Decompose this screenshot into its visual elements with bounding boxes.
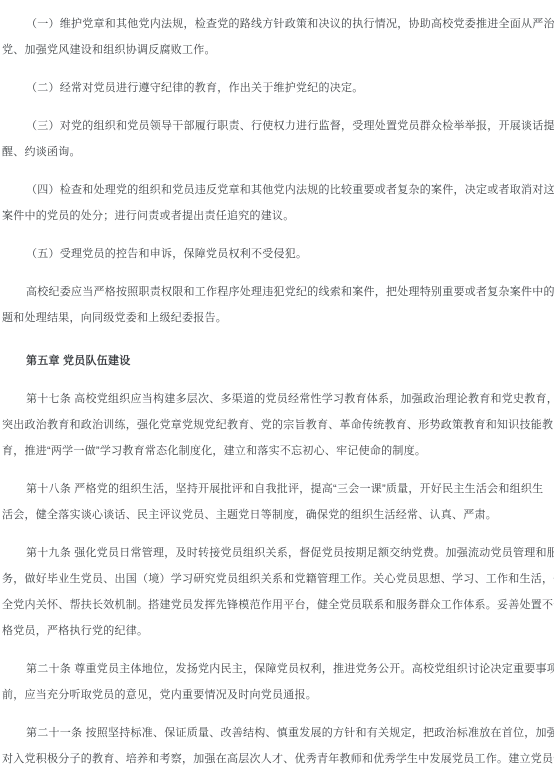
text-line: （三）对党的组织和党员领导干部履行职责、行使权力进行监督，受理处置党员群众检举举… [2, 113, 554, 139]
text-line: 格党员，严格执行党的纪律。 [2, 618, 554, 644]
text-line: 第十八条 严格党的组织生活，坚持开展批评和自我批评，提高“三会一课”质量，开好民… [2, 476, 554, 502]
text-line: 第二十条 尊重党员主体地位，发扬党内民主，保障党员权利，推进党务公开。高校党组织… [2, 656, 554, 682]
chapter-heading: 第五章 党员队伍建设 [2, 343, 554, 374]
text-line: （二）经常对党员进行遵守纪律的教育，作出关于维护党纪的决定。 [2, 75, 554, 101]
paragraph-duty-item-3: （三）对党的组织和党员领导干部履行职责、行使权力进行监督，受理处置党员群众检举举… [2, 113, 554, 165]
paragraph-article-20: 第二十条 尊重党员主体地位，发扬党内民主，保障党员权利，推进党务公开。高校党组织… [2, 656, 554, 708]
paragraph-duty-item-2: （二）经常对党员进行遵守纪律的教育，作出关于维护党纪的决定。 [2, 75, 554, 101]
text-line: 醒、约谈函询。 [2, 139, 554, 165]
paragraph-article-21: 第二十一条 按照坚持标准、保证质量、改善结构、慎重发展的方针和有关规定，把政治标… [2, 720, 554, 772]
text-line: 务，做好毕业生党员、出国（境）学习研究党员组织关系和党籍管理工作。关心党员思想、… [2, 566, 554, 592]
text-line: 全党内关怀、帮扶长效机制。搭建党员发挥先锋模范作用平台，健全党员联系和服务群众工… [2, 592, 554, 618]
document-body: （一）维护党章和其他党内法规，检查党的路线方针政策和决议的执行情况，协助高校党委… [0, 0, 554, 772]
text-line: 前，应当充分听取党员的意见，党内重要情况及时向党员通报。 [2, 682, 554, 708]
text-line: 活会，健全落实谈心谈话、民主评议党员、主题党日等制度，确保党的组织生活经常、认真… [2, 502, 554, 528]
text-line: 党、加强党风建设和组织协调反腐败工作。 [2, 37, 554, 63]
paragraph-discipline-committee: 高校纪委应当严格按照职责权限和工作程序处理违犯党纪的线索和案件，把处理特别重要或… [2, 279, 554, 331]
chapter-heading-text: 第五章 党员队伍建设 [2, 348, 554, 374]
text-line: （五）受理党员的控告和申诉，保障党员权利不受侵犯。 [2, 241, 554, 267]
paragraph-duty-item-1: （一）维护党章和其他党内法规，检查党的路线方针政策和决议的执行情况，协助高校党委… [2, 11, 554, 63]
text-line: 第十七条 高校党组织应当构建多层次、多渠道的党员经常性学习教育体系，加强政治理论… [2, 386, 554, 412]
paragraph-article-18: 第十八条 严格党的组织生活，坚持开展批评和自我批评，提高“三会一课”质量，开好民… [2, 476, 554, 528]
text-line: 对入党积极分子的教育、培养和考察，加强在高层次人才、优秀青年教师和优秀学生中发展… [2, 746, 554, 772]
paragraph-article-19: 第十九条 强化党员日常管理，及时转接党员组织关系，督促党员按期足额交纳党费。加强… [2, 540, 554, 644]
paragraph-duty-item-5: （五）受理党员的控告和申诉，保障党员权利不受侵犯。 [2, 241, 554, 267]
paragraph-duty-item-4: （四）检查和处理党的组织和党员违反党章和其他党内法规的比较重要或者复杂的案件，决… [2, 177, 554, 229]
text-line: （四）检查和处理党的组织和党员违反党章和其他党内法规的比较重要或者复杂的案件，决… [2, 177, 554, 203]
text-line: 题和处理结果，向同级党委和上级纪委报告。 [2, 305, 554, 331]
text-line: 突出政治教育和政治训练，强化党章党规党纪教育、党的宗旨教育、革命传统教育、形势政… [2, 412, 554, 438]
text-line: 第十九条 强化党员日常管理，及时转接党员组织关系，督促党员按期足额交纳党费。加强… [2, 540, 554, 566]
text-line: 第二十一条 按照坚持标准、保证质量、改善结构、慎重发展的方针和有关规定，把政治标… [2, 720, 554, 746]
text-line: 案件中的党员的处分；进行问责或者提出责任追究的建议。 [2, 203, 554, 229]
text-line: 育，推进“两学一做”学习教育常态化制度化，建立和落实不忘初心、牢记使命的制度。 [2, 438, 554, 464]
text-line: 高校纪委应当严格按照职责权限和工作程序处理违犯党纪的线索和案件，把处理特别重要或… [2, 279, 554, 305]
text-line: （一）维护党章和其他党内法规，检查党的路线方针政策和决议的执行情况，协助高校党委… [2, 11, 554, 37]
paragraph-article-17: 第十七条 高校党组织应当构建多层次、多渠道的党员经常性学习教育体系，加强政治理论… [2, 386, 554, 464]
